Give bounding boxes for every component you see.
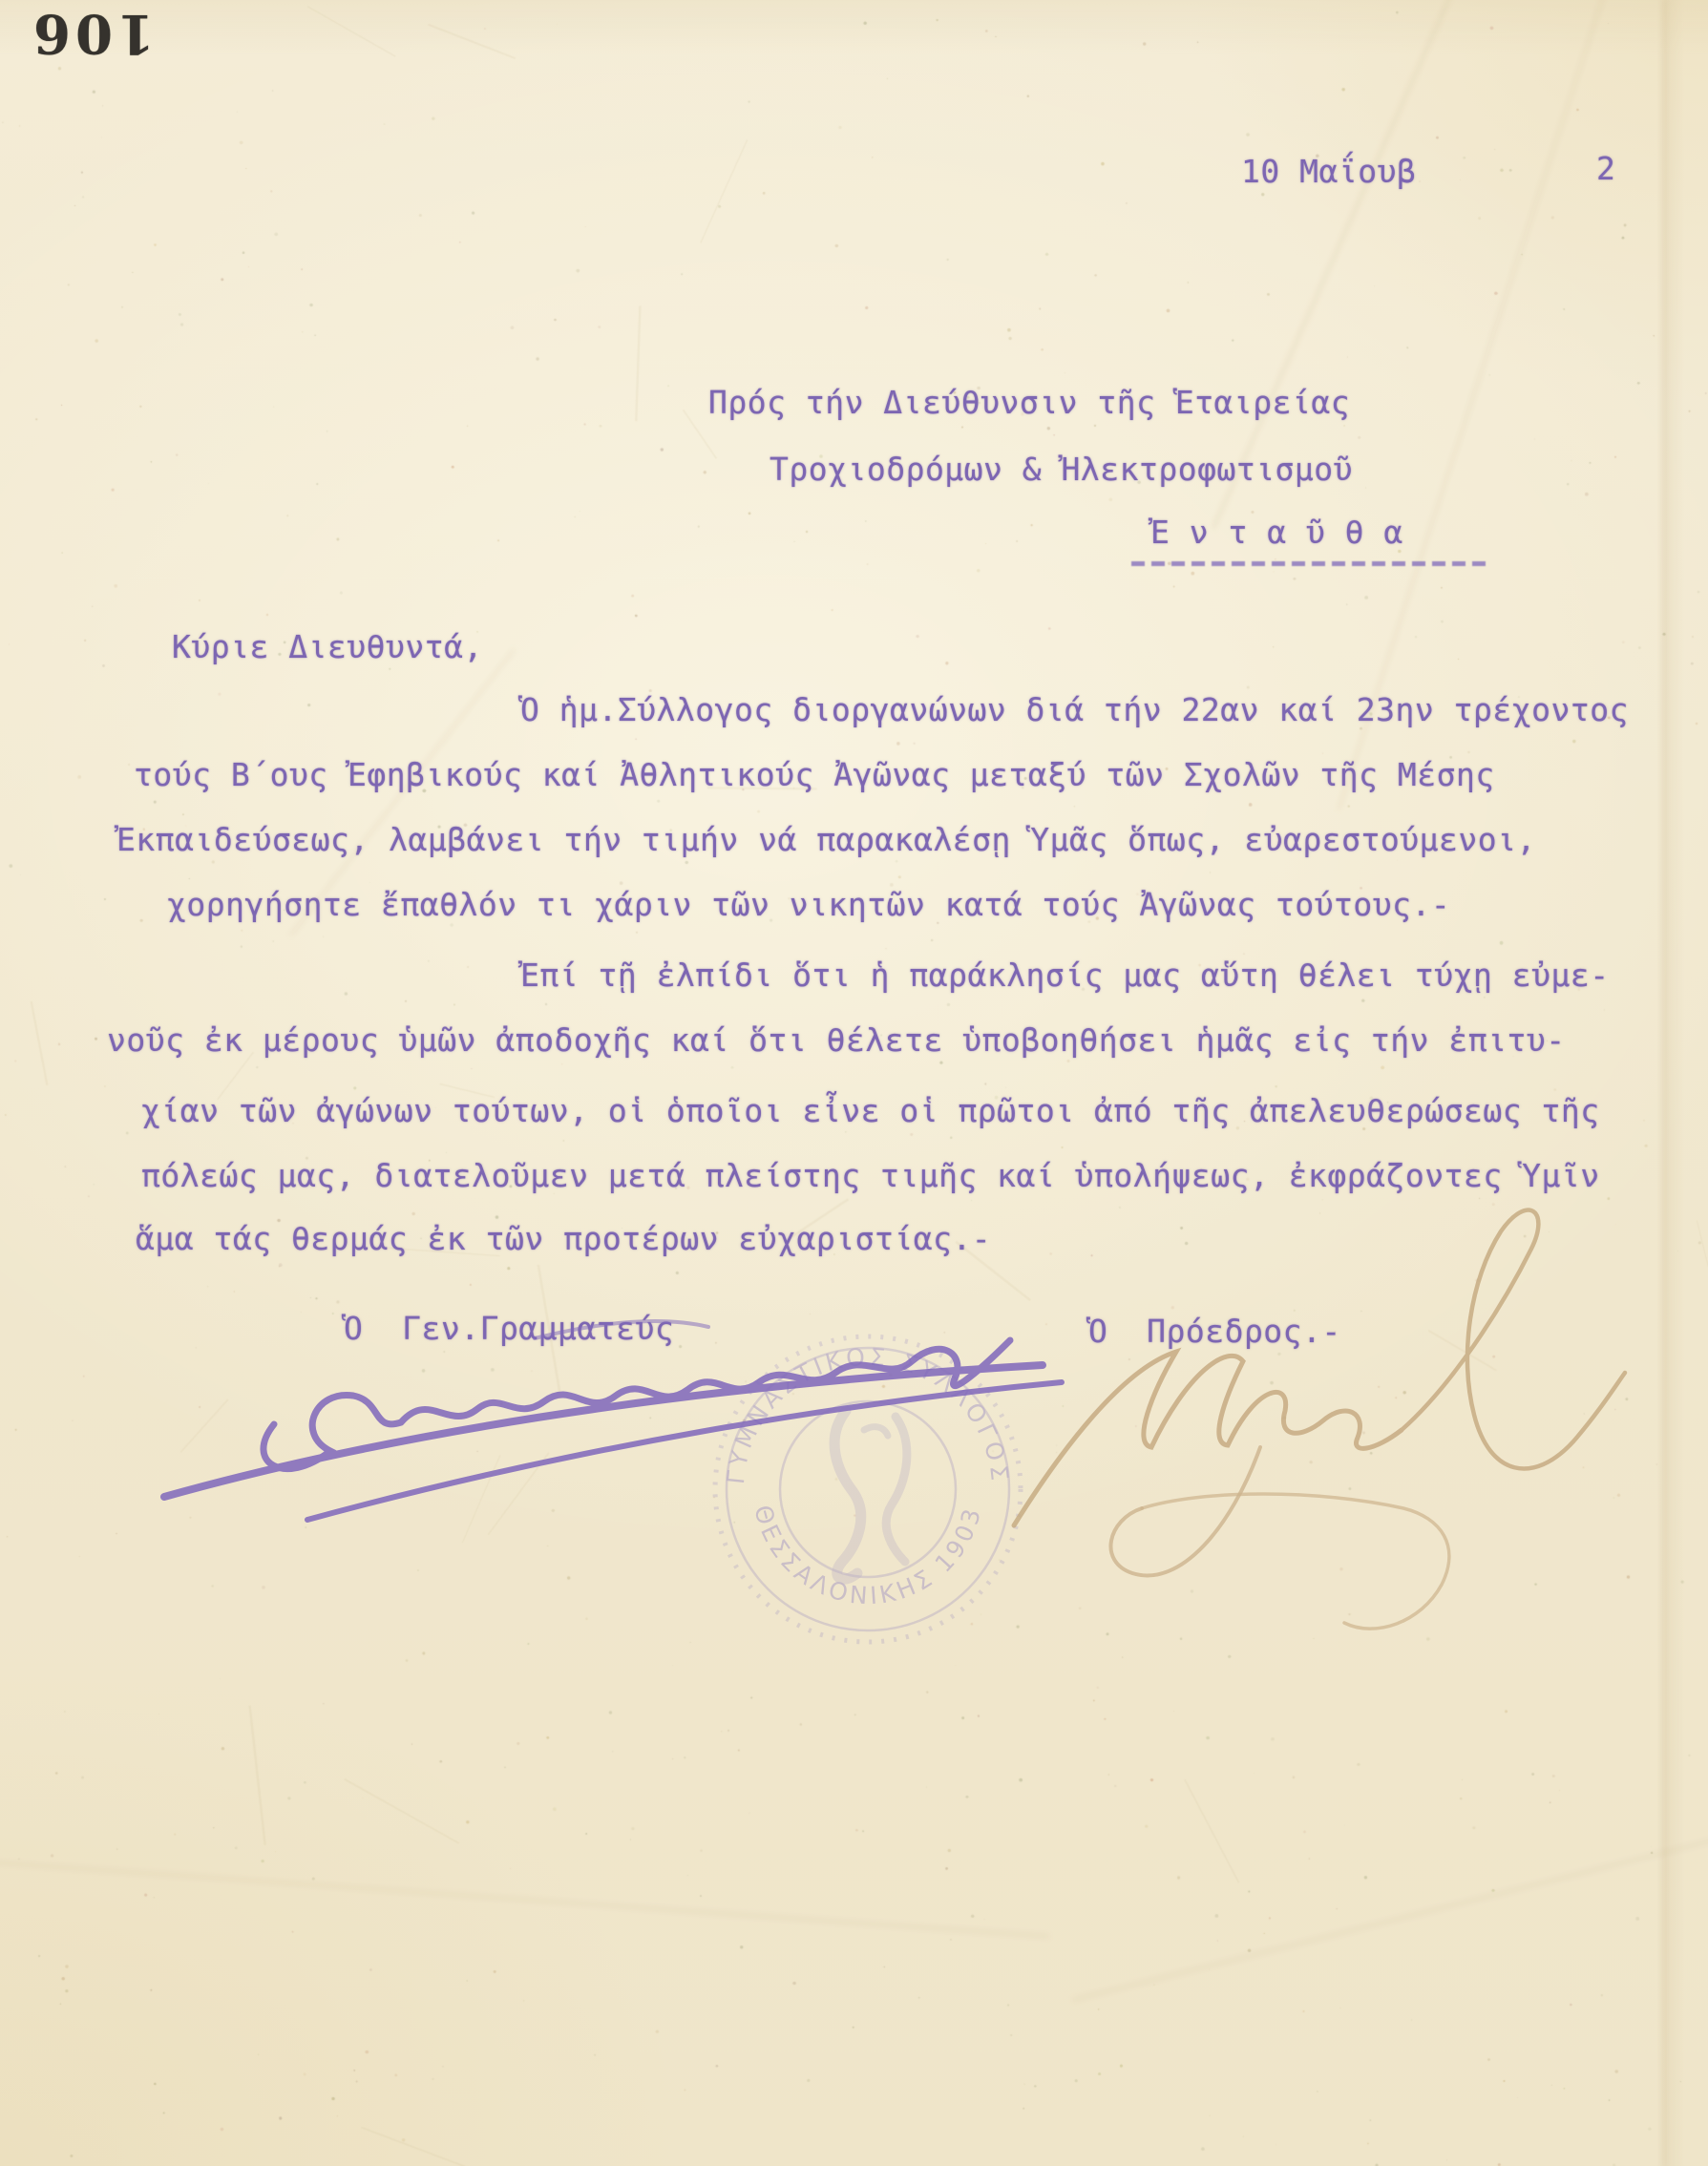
letter-date: 10 Μαΐουβ: [1241, 153, 1416, 191]
svg-text:ΘΕΣΣΑΛΟΝΙΚΗΣ 1903: ΘΕΣΣΑΛΟΝΙΚΗΣ 1903: [749, 1503, 986, 1610]
stamp-top-text: ΓΥΜΝΑΣΤΙΚΟΣ ΣΥΛΛΟΓΟΣ: [722, 1343, 1014, 1486]
president-signature: [1014, 1210, 1625, 1630]
underline-dashes: [1131, 561, 1487, 566]
body-line: πόλεώς μας, διατελοῦμεν μετά πλείστης τι…: [141, 1157, 1600, 1195]
stamp-bottom-text: ΘΕΣΣΑΛΟΝΙΚΗΣ 1903: [749, 1503, 986, 1610]
body-line: Ἐπί τῇ ἐλπίδι ὅτι ἡ παράκλησίς μας αὕτη …: [520, 957, 1610, 995]
recipient-line-2: Τροχιοδρόμων & Ἠλεκτροφωτισμοῦ: [770, 451, 1353, 489]
stamp-and-signatures-layer: ΓΥΜΝΑΣΤΙΚΟΣ ΣΥΛΛΟΓΟΣ ΘΕΣΣΑΛΟΝΙΚΗΣ 1903: [0, 0, 1708, 2166]
paper-crease: [1338, 0, 1606, 810]
paper-shading: [0, 0, 1708, 2166]
recipient-line-1: Πρός τήν Διεύθυνσιν τῆς Ἑταιρείας: [708, 384, 1350, 422]
stamp-figure: [834, 1411, 907, 1579]
round-stamp: ΓΥΜΝΑΣΤΙΚΟΣ ΣΥΛΛΟΓΟΣ ΘΕΣΣΑΛΟΝΙΚΗΣ 1903: [715, 1336, 1021, 1642]
body-line: νοῦς ἐκ μέρους ὑμῶν ἀποδοχῆς καί ὅτι θέλ…: [107, 1021, 1566, 1060]
paper-crease: [0, 1855, 1049, 1938]
body-line: χορηγήσητε ἔπαθλόν τι χάριν τῶν νικητῶν …: [167, 886, 1450, 924]
paper-crease: [1212, 0, 1456, 529]
recipient-line-3: Ἐ ν τ α ῦ θ α: [1150, 514, 1403, 552]
secretary-title: Ὁ Γεν.Γραμματεύς: [344, 1310, 674, 1348]
svg-text:ΓΥΜΝΑΣΤΙΚΟΣ ΣΥΛΛΟΓΟΣ: ΓΥΜΝΑΣΤΙΚΟΣ ΣΥΛΛΟΓΟΣ: [722, 1343, 1014, 1486]
scanned-letter-page: { "document_type": "typewritten letter (…: [0, 0, 1708, 2166]
president-title: Ὁ Πρόεδρος.-: [1088, 1313, 1341, 1351]
body-line: ἅμα τάς θερμάς ἐκ τῶν προτέρων εὐχαριστί…: [136, 1220, 991, 1258]
body-line: Ὁ ἡμ.Σύλλογος διοργανώνων διά τήν 22αν κ…: [520, 691, 1629, 729]
archive-number: 106: [29, 2, 155, 65]
body-line: Ἐκπαιδεύσεως, λαμβάνει τήν τιμήν νά παρα…: [116, 821, 1536, 859]
body-line: τούς Β΄ους Ἐφηβικούς καί Ἀθλητικούς Ἀγῶν…: [134, 756, 1495, 794]
paper-texture: [0, 0, 1708, 2166]
salutation: Κύριε Διευθυντά,: [172, 628, 483, 666]
secretary-signature: [164, 1321, 1062, 1520]
paper-crease: [1072, 1630, 1708, 2002]
body-line: χίαν τῶν ἀγώνων τούτων, οἱ ὁποῖοι εἶνε ο…: [141, 1092, 1600, 1130]
page-number: 2: [1596, 150, 1615, 188]
paper-fold-edge: [1663, 0, 1666, 2166]
